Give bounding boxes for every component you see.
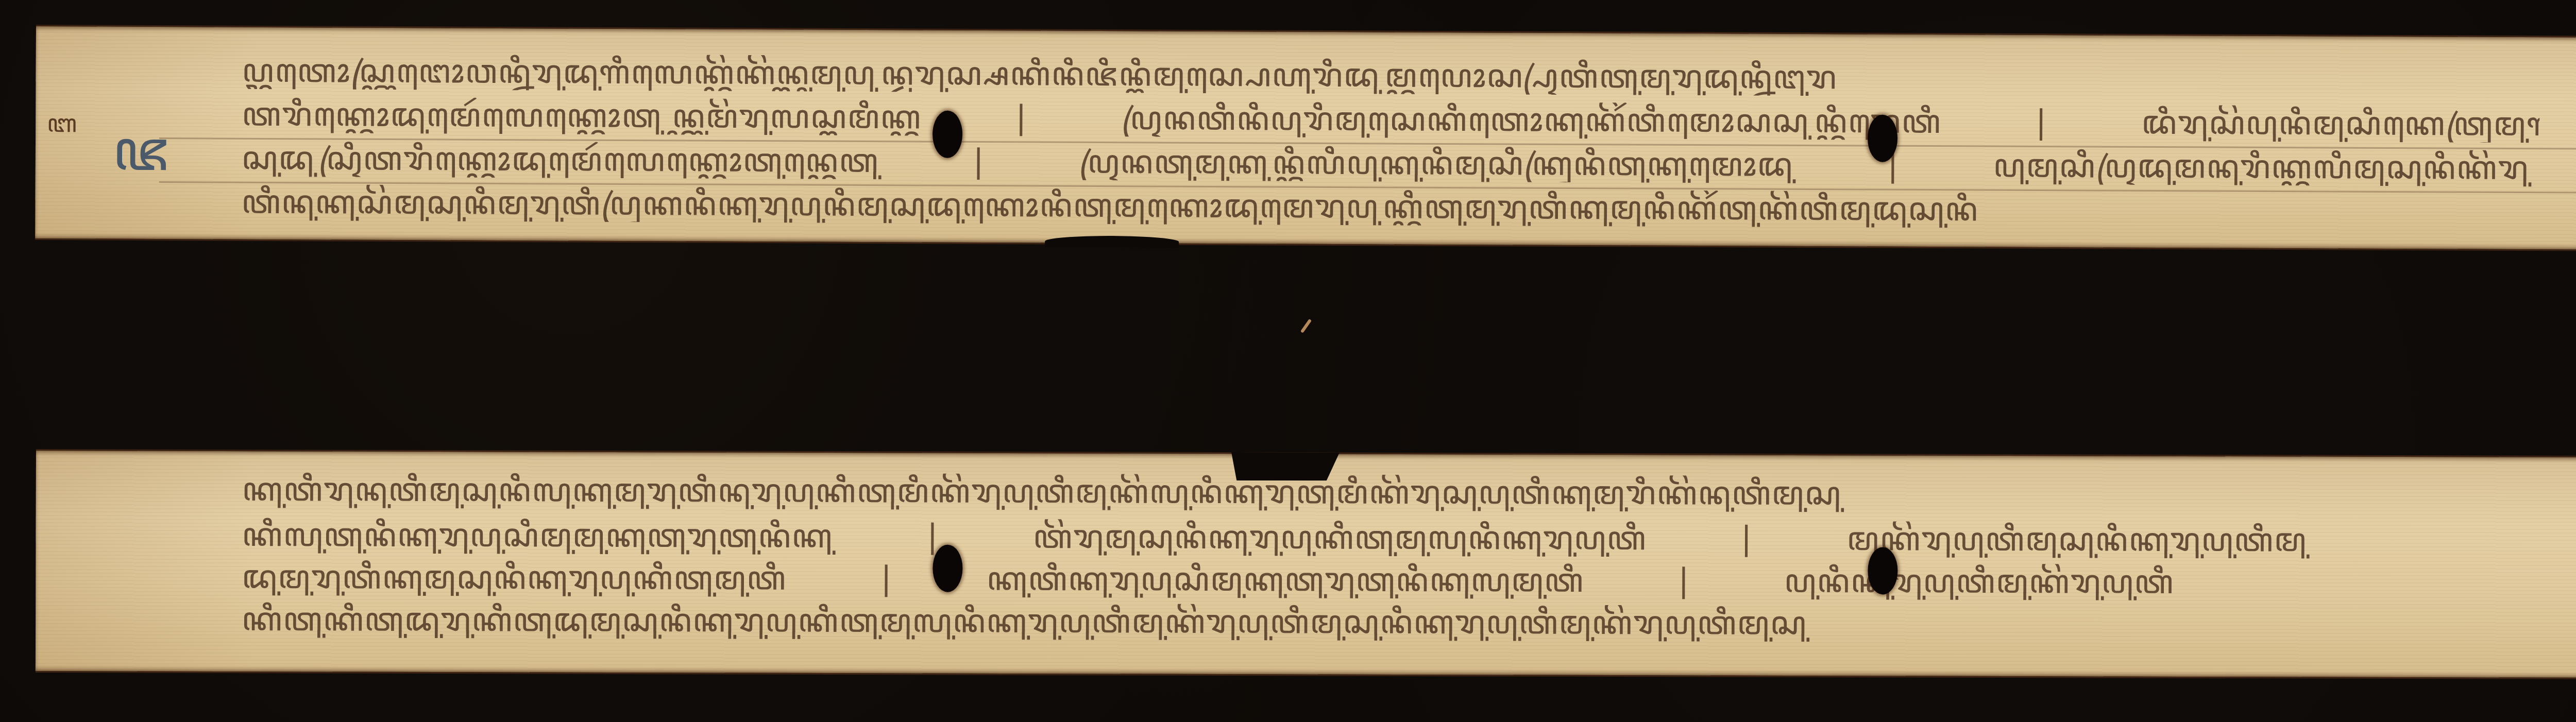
text-line-1: ꦏꦸꦠꦶꦫꦸꦤꦸꦠꦶꦩꦸꦱꦸꦤꦶꦭꦸꦏꦸꦩꦸꦫꦸꦠꦶꦤꦸꦫꦸꦥꦸꦏꦶꦠꦸꦩꦶꦏꦼ… — [242, 472, 2540, 514]
text-line-1: ꦥ꧀ꦫꦠꦺꦴꦱ꧀ꦠꦿꦔꦺꦴꦮꦤ꧀ꦤꦶꦫꦸꦢꦸꦒꦶꦭꦺꦏ꧀ꦏꦼꦏꦼꦤ꧀ꦭꦸꦩꦸꦥꦸ… — [242, 53, 2539, 99]
binding-hole-right — [1868, 115, 1897, 162]
binding-hole-right — [1868, 547, 1897, 594]
text-line-2: ꦠꦫꦶꦏ꧀ꦏꦺꦴꦢꦸꦩꦺꦂꦭꦺꦏ꧀ꦏꦺꦴꦠꦸꦤ꧀ꦏꦸꦩꦼꦫꦸꦭꦱ꧀ꦭꦩꦶꦏ꧀ꦏ … — [242, 97, 2539, 143]
text-line-3: ꦢꦸꦩꦸꦫꦸꦠꦶꦏꦸꦩꦸꦱꦸꦤꦶꦏꦸꦫꦸꦥꦸꦏꦶꦠꦸꦩꦸꦠꦶ | ꦏꦸꦠꦶꦏꦸꦫ… — [242, 559, 2539, 601]
text-line-4: ꦏꦶꦠꦸꦏꦶꦠꦸꦢꦸꦫꦸꦏꦶꦠꦸꦢꦸꦩꦸꦱꦸꦤꦶꦏꦸꦫꦸꦥꦸꦏꦶꦠꦸꦩꦸꦭꦸꦤꦶ… — [242, 601, 2539, 644]
binding-hole-left — [933, 545, 962, 592]
margin-mark: ꦧ — [47, 111, 77, 136]
text-line-2: ꦏꦶꦭꦸꦠꦸꦤꦶꦏꦸꦫꦸꦥꦸꦱꦶꦩꦸꦩꦸꦏꦸꦠꦸꦫꦸꦠꦸꦤꦶꦏꦸ | ꦠꦼꦫꦸꦩ… — [242, 517, 2539, 559]
leaf-number-numeral: ꦗ — [113, 122, 169, 179]
edge-damage — [1045, 236, 1179, 248]
palm-leaf-top: ꦧ ꦗ ꦥ꧀ꦫꦠꦺꦴꦱ꧀ꦠꦿꦔꦺꦴꦮꦤ꧀ꦤꦶꦫꦸꦢꦸꦒꦶꦭꦺꦏ꧀ꦏꦼꦏꦼꦤ꧀ꦭꦸ… — [35, 25, 2576, 252]
binding-hole-left — [933, 111, 962, 158]
palm-leaf-bottom: ꦏꦸꦠꦶꦫꦸꦤꦸꦠꦶꦩꦸꦱꦸꦤꦶꦭꦸꦏꦸꦩꦸꦫꦸꦠꦶꦤꦸꦫꦸꦥꦸꦏꦶꦠꦸꦩꦶꦏꦼ… — [36, 449, 2576, 680]
